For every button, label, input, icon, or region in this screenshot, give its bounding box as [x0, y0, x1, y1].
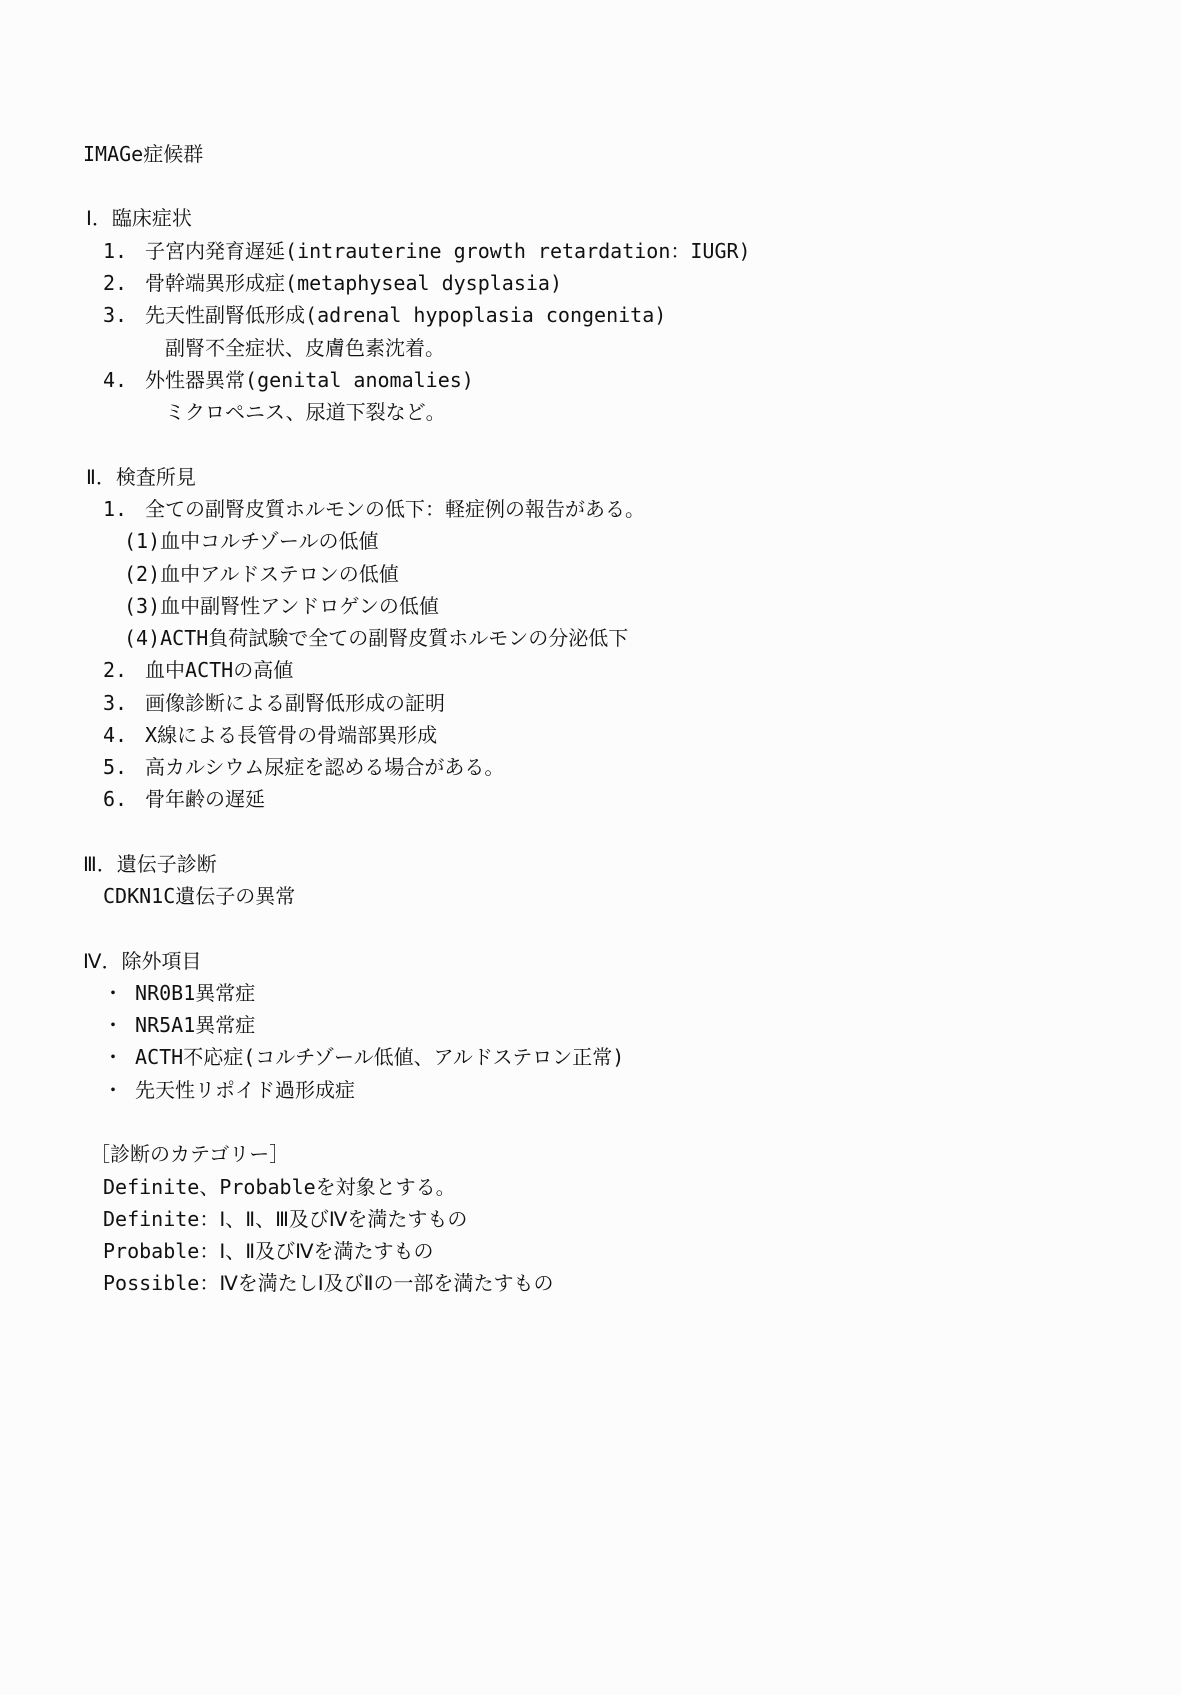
item-text: 骨年齢の遅延	[145, 787, 265, 811]
item-number: 1.	[103, 492, 133, 526]
item-text: 画像診断による副腎低形成の証明	[145, 691, 445, 715]
list-item: 4. X線による長管骨の骨端部異形成	[103, 718, 437, 752]
document-title: IMAGe症候群	[83, 137, 203, 171]
item-text: X線による長管骨の骨端部異形成	[145, 723, 437, 747]
sub-item: (1)血中コルチゾールの低値	[124, 524, 379, 558]
bullet-icon: ・	[103, 1008, 123, 1042]
list-item: 1. 子宮内発育遅延(intrauterine growth retardati…	[103, 234, 751, 268]
document-page: IMAGe症候群 Ⅰ．臨床症状 1. 子宮内発育遅延(intrauterine …	[0, 0, 1181, 1695]
item-text: 全ての副腎皮質ホルモンの低下：軽症例の報告がある。	[145, 497, 645, 521]
section-heading-clinical-symptoms: Ⅰ．臨床症状	[86, 201, 192, 235]
bullet-text: ACTH不応症(コルチゾール低値、アルドステロン正常)	[135, 1045, 624, 1069]
list-item: 3. 先天性副腎低形成(adrenal hypoplasia congenita…	[103, 298, 666, 332]
bullet-text: 先天性リポイド過形成症	[135, 1078, 355, 1102]
item-note: ミクロペニス、尿道下裂など。	[165, 395, 446, 429]
item-text: 高カルシウム尿症を認める場合がある。	[145, 755, 504, 779]
item-text: 先天性副腎低形成(adrenal hypoplasia congenita)	[145, 303, 666, 327]
item-number: 2.	[103, 266, 133, 300]
bullet-icon: ・	[103, 976, 123, 1010]
section-heading-exclusion-items: Ⅳ．除外項目	[83, 944, 201, 978]
sub-item: (4)ACTH負荷試験で全ての副腎皮質ホルモンの分泌低下	[124, 621, 628, 655]
item-text: 血中ACTHの高値	[145, 658, 293, 682]
list-item: 2. 骨幹端異形成症(metaphyseal dysplasia)	[103, 266, 562, 300]
category-possible: Possible：Ⅳを満たしⅠ及びⅡの一部を満たすもの	[103, 1266, 554, 1300]
list-item: 3. 画像診断による副腎低形成の証明	[103, 686, 445, 720]
section-heading-lab-findings: Ⅱ．検査所見	[86, 460, 196, 494]
section-body: CDKN1C遺伝子の異常	[103, 879, 295, 913]
list-item: 1. 全ての副腎皮質ホルモンの低下：軽症例の報告がある。	[103, 492, 645, 526]
bullet-item: ・ NR5A1異常症	[103, 1008, 255, 1042]
list-item: 6. 骨年齢の遅延	[103, 782, 265, 816]
item-note: 副腎不全症状、皮膚色素沈着。	[165, 331, 445, 365]
category-heading: ［診断のカテゴリー］	[90, 1137, 289, 1171]
sub-item: (2)血中アルドステロンの低値	[124, 557, 399, 591]
item-text: 子宮内発育遅延(intrauterine growth retardation：…	[145, 239, 751, 263]
bullet-text: NR0B1異常症	[135, 981, 255, 1005]
item-number: 5.	[103, 750, 133, 784]
item-number: 6.	[103, 782, 133, 816]
list-item: 2. 血中ACTHの高値	[103, 653, 293, 687]
item-number: 2.	[103, 653, 133, 687]
bullet-item: ・ NR0B1異常症	[103, 976, 255, 1010]
item-text: 骨幹端異形成症(metaphyseal dysplasia)	[145, 271, 562, 295]
category-probable: Probable：Ⅰ、Ⅱ及びⅣを満たすもの	[103, 1234, 434, 1268]
item-text: 外性器異常(genital anomalies)	[145, 368, 474, 392]
list-item: 4. 外性器異常(genital anomalies)	[103, 363, 474, 397]
item-number: 3.	[103, 686, 133, 720]
category-definite: Definite：Ⅰ、Ⅱ、Ⅲ及びⅣを満たすもの	[103, 1202, 467, 1236]
sub-item: (3)血中副腎性アンドロゲンの低値	[124, 589, 439, 623]
bullet-icon: ・	[103, 1040, 123, 1074]
bullet-text: NR5A1異常症	[135, 1013, 255, 1037]
section-heading-genetic-diagnosis: Ⅲ．遺伝子診断	[83, 847, 217, 881]
item-number: 3.	[103, 298, 133, 332]
bullet-item: ・ ACTH不応症(コルチゾール低値、アルドステロン正常)	[103, 1040, 624, 1074]
list-item: 5. 高カルシウム尿症を認める場合がある。	[103, 750, 504, 784]
bullet-icon: ・	[103, 1073, 123, 1107]
category-line: Definite、Probableを対象とする。	[103, 1170, 456, 1204]
bullet-item: ・ 先天性リポイド過形成症	[103, 1073, 355, 1107]
item-number: 1.	[103, 234, 133, 268]
item-number: 4.	[103, 718, 133, 752]
item-number: 4.	[103, 363, 133, 397]
